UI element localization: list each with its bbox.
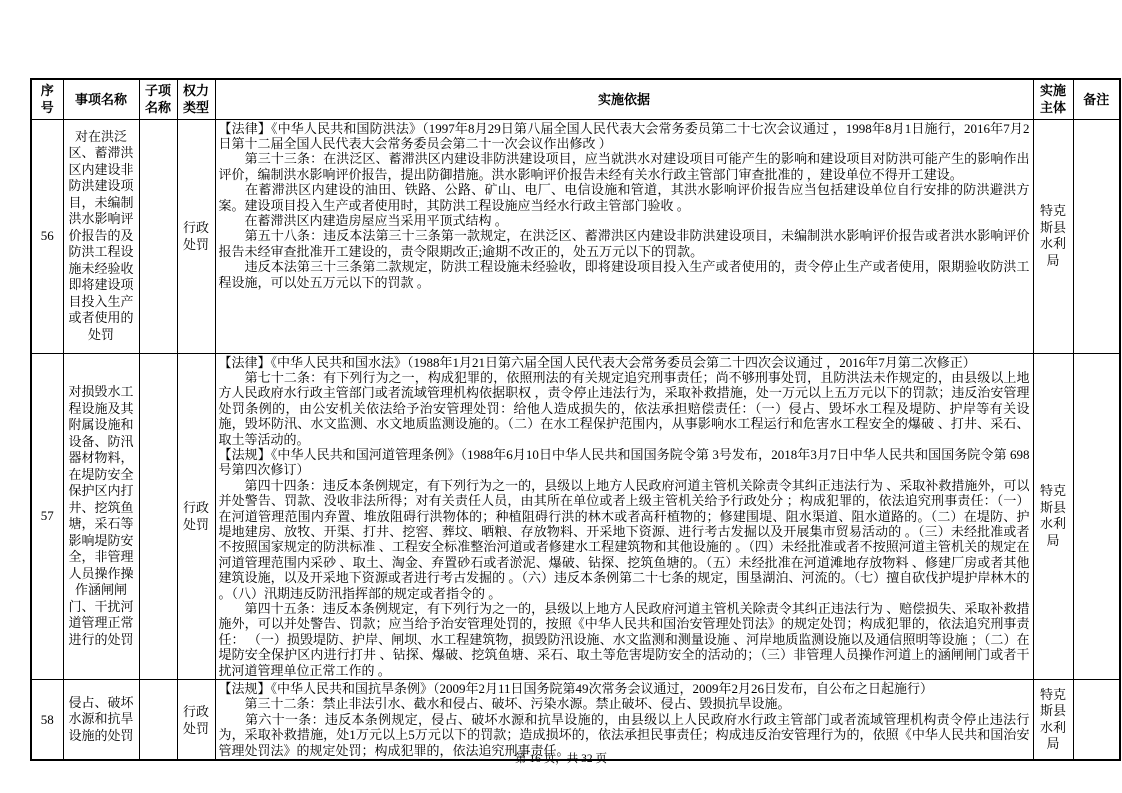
basis-paragraph: 违反本法第三十三条第二款规定，防洪工程设施未经验收，即将建设项目投入生产或者使用… bbox=[219, 259, 1030, 290]
page-number-footer: 第 16 页，共 32 页 bbox=[0, 750, 1122, 766]
sub-item-name bbox=[139, 680, 177, 761]
basis-paragraph: 在蓄滞洪区内建造房屋应当采用平顶式结构 。 bbox=[219, 213, 1030, 228]
implementing-body: 特克斯县水利局 bbox=[1033, 119, 1073, 353]
header-no: 序号 bbox=[31, 79, 63, 119]
header-sub-item: 子项名称 bbox=[139, 79, 177, 119]
basis-paragraph: 【法律】《中华人民共和国防洪法》（1997年8月29日第八届全国人民代表大会常务… bbox=[219, 121, 1030, 152]
row-number: 58 bbox=[31, 680, 63, 761]
power-type: 行政处罚 bbox=[177, 680, 215, 761]
header-power-type: 权力类型 bbox=[177, 79, 215, 119]
basis-paragraph: 【法规】《中华人民共和国河道管理条例》（1988年6月10日中华人民共和国国务院… bbox=[219, 447, 1030, 478]
implementation-basis: 【法规】《中华人民共和国抗旱条例》（2009年2月11日国务院第49次常务会议通… bbox=[215, 680, 1033, 761]
implementing-body: 特克斯县水利局 bbox=[1033, 353, 1073, 680]
basis-paragraph: 第三十三条：在洪泛区、蓄滞洪区内建设非防洪建设项目，应当就洪水对建设项目可能产生… bbox=[219, 151, 1030, 182]
header-item-name: 事项名称 bbox=[63, 79, 139, 119]
remark bbox=[1073, 680, 1120, 761]
basis-paragraph: 第四十四条：违反本条例规定，有下列行为之一的，县级以上地方人民政府河道主管机关除… bbox=[219, 478, 1030, 601]
row-number: 57 bbox=[31, 353, 63, 680]
item-name: 对在洪泛区、蓄滞洪区内建设非防洪建设项目，未编制洪水影响评价报告的及防洪工程设施… bbox=[63, 119, 139, 353]
document-page: 序号 事项名称 子项名称 权力类型 实施依据 实施主体 备注 56 对在洪泛区、… bbox=[0, 0, 1122, 793]
row-number: 56 bbox=[31, 119, 63, 353]
remark bbox=[1073, 119, 1120, 353]
basis-paragraph: 【法律】《中华人民共和国水法》（1988年1月21日第六届全国人民代表大会常务委… bbox=[219, 355, 1030, 370]
power-list-table: 序号 事项名称 子项名称 权力类型 实施依据 实施主体 备注 56 对在洪泛区、… bbox=[30, 78, 1121, 761]
basis-paragraph: 第三十二条：禁止非法引水、截水和侵占、破坏、污染水源。禁止破坏、侵占、毁损抗旱设… bbox=[219, 696, 1030, 711]
table-row: 58 侵占、破坏水源和抗旱设施的处罚 行政处罚 【法规】《中华人民共和国抗旱条例… bbox=[31, 680, 1120, 761]
basis-paragraph: 第五十八条：违反本法第三十三条第一款规定，在洪泛区、蓄滞洪区内建设非防洪建设项目… bbox=[219, 228, 1030, 259]
table-row: 57 对损毁水工程设施及其附属设施和设备、防汛器材物料，在堤防安全保护区内打井、… bbox=[31, 353, 1120, 680]
sub-item-name bbox=[139, 119, 177, 353]
implementing-body: 特克斯县水利局 bbox=[1033, 680, 1073, 761]
remark bbox=[1073, 353, 1120, 680]
header-row: 序号 事项名称 子项名称 权力类型 实施依据 实施主体 备注 bbox=[31, 79, 1120, 119]
table-row: 56 对在洪泛区、蓄滞洪区内建设非防洪建设项目，未编制洪水影响评价报告的及防洪工… bbox=[31, 119, 1120, 353]
item-name: 对损毁水工程设施及其附属设施和设备、防汛器材物料，在堤防安全保护区内打井、挖筑鱼… bbox=[63, 353, 139, 680]
basis-paragraph: 在蓄滞洪区内建设的油田、铁路、公路、矿山、电厂、电信设施和管道，其洪水影响评价报… bbox=[219, 182, 1030, 213]
table-body: 56 对在洪泛区、蓄滞洪区内建设非防洪建设项目，未编制洪水影响评价报告的及防洪工… bbox=[31, 119, 1120, 760]
basis-paragraph: 【法规】《中华人民共和国抗旱条例》（2009年2月11日国务院第49次常务会议通… bbox=[219, 681, 1030, 696]
implementation-basis: 【法律】《中华人民共和国水法》（1988年1月21日第六届全国人民代表大会常务委… bbox=[215, 353, 1033, 680]
header-basis: 实施依据 bbox=[215, 79, 1033, 119]
sub-item-name bbox=[139, 353, 177, 680]
basis-paragraph: 第七十二条：有下列行为之一，构成犯罪的，依照刑法的有关规定追究刑事责任；尚不够刑… bbox=[219, 370, 1030, 447]
header-remark: 备注 bbox=[1073, 79, 1120, 119]
power-type: 行政处罚 bbox=[177, 119, 215, 353]
header-implementer: 实施主体 bbox=[1033, 79, 1073, 119]
item-name: 侵占、破坏水源和抗旱设施的处罚 bbox=[63, 680, 139, 761]
table-header: 序号 事项名称 子项名称 权力类型 实施依据 实施主体 备注 bbox=[31, 79, 1120, 119]
basis-paragraph: 第四十五条：违反本条例规定，有下列行为之一的，县级以上地方人民政府河道主管机关除… bbox=[219, 601, 1030, 678]
power-type: 行政处罚 bbox=[177, 353, 215, 680]
implementation-basis: 【法律】《中华人民共和国防洪法》（1997年8月29日第八届全国人民代表大会常务… bbox=[215, 119, 1033, 353]
